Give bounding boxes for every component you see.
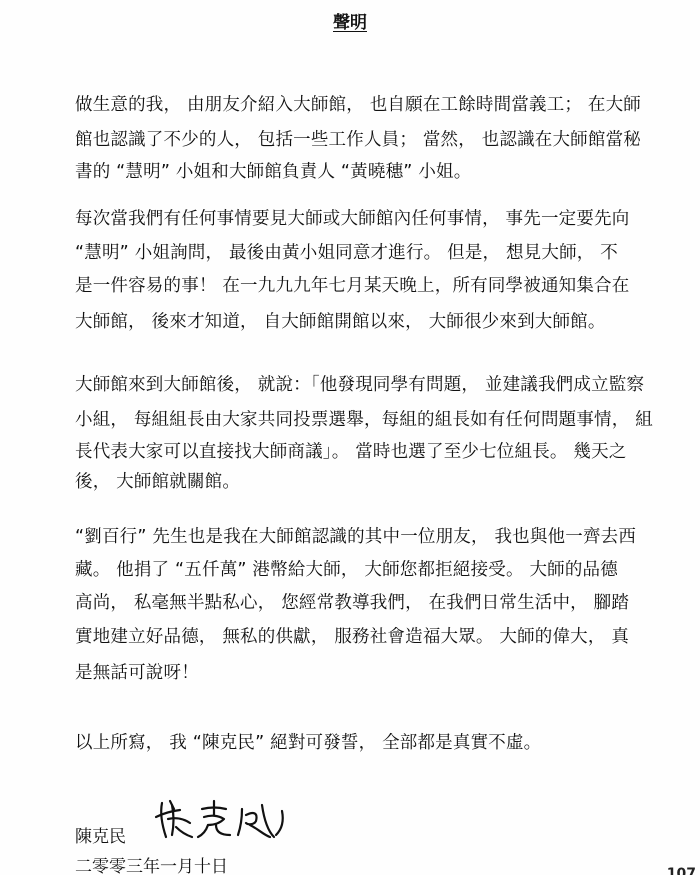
paragraph-4-line-1: “劉百行” 先生也是我在大師館認識的其中一位朋友， 我也與他一齊去西	[75, 527, 635, 547]
paragraph-2-line-4: 大師館， 後來才知道， 自大師館開館以來， 大師很少來到大師館。	[75, 312, 635, 332]
paragraph-3-line-3: 長代表大家可以直接找大師商議」。 當時也選了至少七位組長。 幾天之	[75, 442, 635, 462]
page-number: 107	[667, 866, 696, 875]
paragraph-4-line-4: 實地建立好品德， 無私的供獻， 服務社會造福大眾。 大師的偉大， 真	[75, 627, 635, 647]
paragraph-1-line-1: 做生意的我， 由朋友介紹入大師館， 也自願在工餘時間當義工； 在大師	[75, 95, 635, 115]
paragraph-5-line-1: 以上所寫， 我 “陳克民” 絕對可發誓， 全部都是真實不虛。	[75, 733, 635, 753]
handwritten-signature-icon	[150, 795, 290, 845]
paragraph-3-line-4: 後， 大師館就關館。	[75, 472, 635, 492]
document-title: 聲明	[0, 8, 700, 33]
paragraph-4-line-2: 藏。 他捐了 “五仟萬” 港幣給大師， 大師您都拒絕接受。 大師的品德	[75, 560, 635, 580]
paragraph-2-line-2: “慧明” 小姐詢問， 最後由黃小姐同意才進行。 但是， 想見大師， 不	[75, 243, 635, 263]
paragraph-3-line-2: 小組， 每組組長由大家共同投票選舉，每組的組長如有任何問題事情， 組	[75, 410, 635, 430]
document-page: 聲明 做生意的我， 由朋友介紹入大師館， 也自願在工餘時間當義工； 在大師 館也…	[0, 0, 700, 875]
signatory-name: 陳克民	[75, 822, 126, 847]
paragraph-2-line-3: 是一件容易的事！ 在一九九九年七月某天晚上，所有同學被通知集合在	[75, 276, 635, 296]
paragraph-3-line-1: 大師館來到大師館後， 就說：「他發現同學有問題， 並建議我們成立監察	[75, 375, 635, 395]
document-date: 二零零三年一月十日	[75, 852, 228, 875]
paragraph-2-line-1: 每次當我們有任何事情要見大師或大師館內任何事情， 事先一定要先向	[75, 209, 635, 229]
paragraph-1-line-3: 書的 “慧明” 小姐和大師館負責人 “黃曉穗” 小姐。	[75, 162, 635, 182]
title-text: 聲明	[333, 13, 367, 33]
paragraph-4-line-5: 是無話可說呀！	[75, 663, 635, 683]
paragraph-4-line-3: 高尚， 私毫無半點私心， 您經常教導我們， 在我們日常生活中， 腳踏	[75, 593, 635, 613]
paragraph-1-line-2: 館也認識了不少的人， 包括一些工作人員； 當然， 也認識在大師館當秘	[75, 130, 635, 150]
